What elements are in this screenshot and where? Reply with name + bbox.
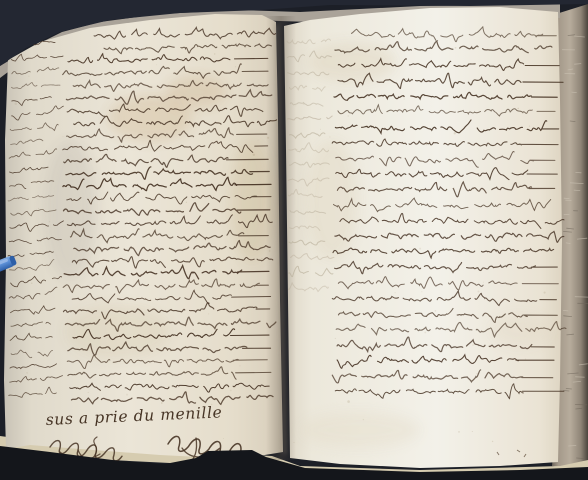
speck (156, 64, 157, 65)
speck (363, 419, 364, 420)
script-line (564, 391, 570, 392)
speck (424, 331, 426, 333)
speck (476, 373, 477, 374)
speck (15, 102, 18, 105)
speck (347, 115, 349, 117)
speck (421, 291, 422, 292)
speck (258, 140, 259, 141)
speck (419, 248, 421, 250)
speck (293, 442, 294, 443)
speck (31, 282, 33, 284)
speck (404, 99, 405, 100)
manuscript-scan: sus a prie du menille (0, 0, 588, 480)
speck (193, 329, 194, 330)
speck (395, 292, 396, 293)
speck (267, 137, 269, 139)
script-line (563, 310, 568, 311)
speck (454, 132, 456, 134)
speck (208, 313, 209, 314)
speck (347, 400, 350, 403)
script-line (569, 446, 576, 447)
speck (329, 136, 330, 137)
speck (186, 202, 187, 203)
speck (235, 66, 236, 67)
speck (239, 365, 240, 366)
speck (161, 402, 163, 404)
script-line (572, 92, 577, 93)
speck (38, 208, 39, 209)
speck (296, 149, 297, 150)
script-line (574, 190, 580, 191)
speck (458, 431, 460, 433)
speck (253, 154, 255, 156)
speck (26, 372, 28, 374)
speck (49, 221, 50, 222)
speck (529, 126, 530, 127)
speck (261, 258, 263, 260)
speck (295, 105, 296, 106)
speck (472, 431, 473, 432)
speck (483, 282, 484, 283)
speck (472, 344, 474, 346)
speck (137, 58, 138, 59)
speck (492, 441, 493, 442)
speck (478, 291, 480, 293)
speck (269, 250, 271, 252)
speck (525, 358, 526, 359)
speck (544, 292, 546, 294)
script-line (577, 458, 584, 459)
speck (223, 438, 224, 439)
speck (435, 310, 437, 312)
speck (335, 338, 336, 339)
script-line (566, 389, 571, 390)
manuscript-svg: sus a prie du menille (0, 0, 588, 480)
speck (320, 129, 321, 130)
speck (63, 136, 64, 137)
speck (455, 47, 457, 49)
speck (502, 223, 503, 224)
speck (126, 394, 128, 396)
speck (28, 76, 29, 77)
speck (230, 389, 232, 391)
speck (214, 53, 215, 54)
speck (88, 392, 89, 393)
speck (517, 108, 519, 110)
